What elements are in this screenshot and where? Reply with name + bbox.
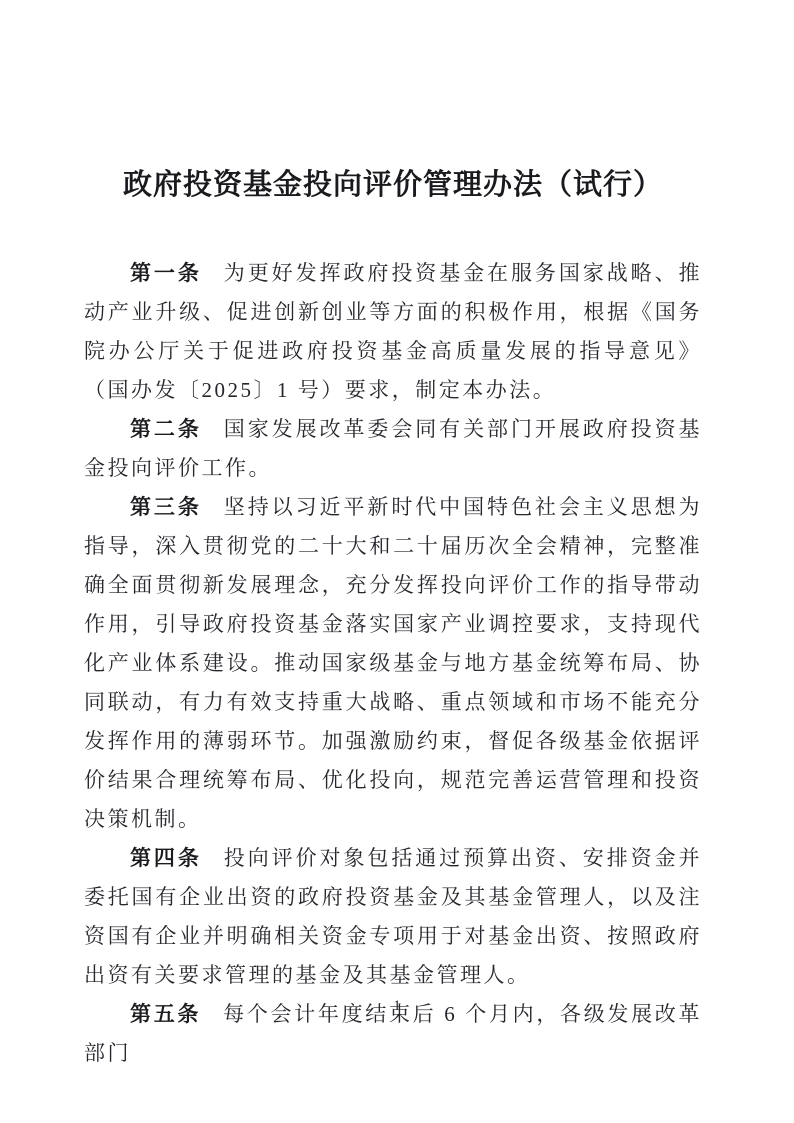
article-4-label: 第四条 (130, 846, 202, 870)
document-page: 政府投资基金投向评价管理办法（试行） 第一条为更好发挥政府投资基金在服务国家战略… (0, 0, 794, 1123)
article-paragraph-3: 第三条坚持以习近平新时代中国特色社会主义思想为指导，深入贯彻党的二十大和二十届历… (84, 488, 702, 839)
article-2-label: 第二条 (130, 417, 202, 441)
article-3-label: 第三条 (130, 495, 202, 519)
article-paragraph-2: 第二条国家发展改革委会同有关部门开展政府投资基金投向评价工作。 (84, 410, 702, 488)
article-3-text: 坚持以习近平新时代中国特色社会主义思想为指导，深入贯彻党的二十大和二十届历次全会… (84, 495, 702, 831)
article-paragraph-4: 第四条投向评价对象包括通过预算出资、安排资金并委托国有企业出资的政府投资基金及其… (84, 839, 702, 995)
document-body: 第一条为更好发挥政府投资基金在服务国家战略、推动产业升级、促进创新创业等方面的积… (84, 254, 702, 1073)
article-1-label: 第一条 (130, 261, 202, 285)
article-paragraph-1: 第一条为更好发挥政府投资基金在服务国家战略、推动产业升级、促进创新创业等方面的积… (84, 254, 702, 410)
page-number: 1 (0, 998, 794, 1015)
document-title: 政府投资基金投向评价管理办法（试行） (84, 0, 702, 204)
